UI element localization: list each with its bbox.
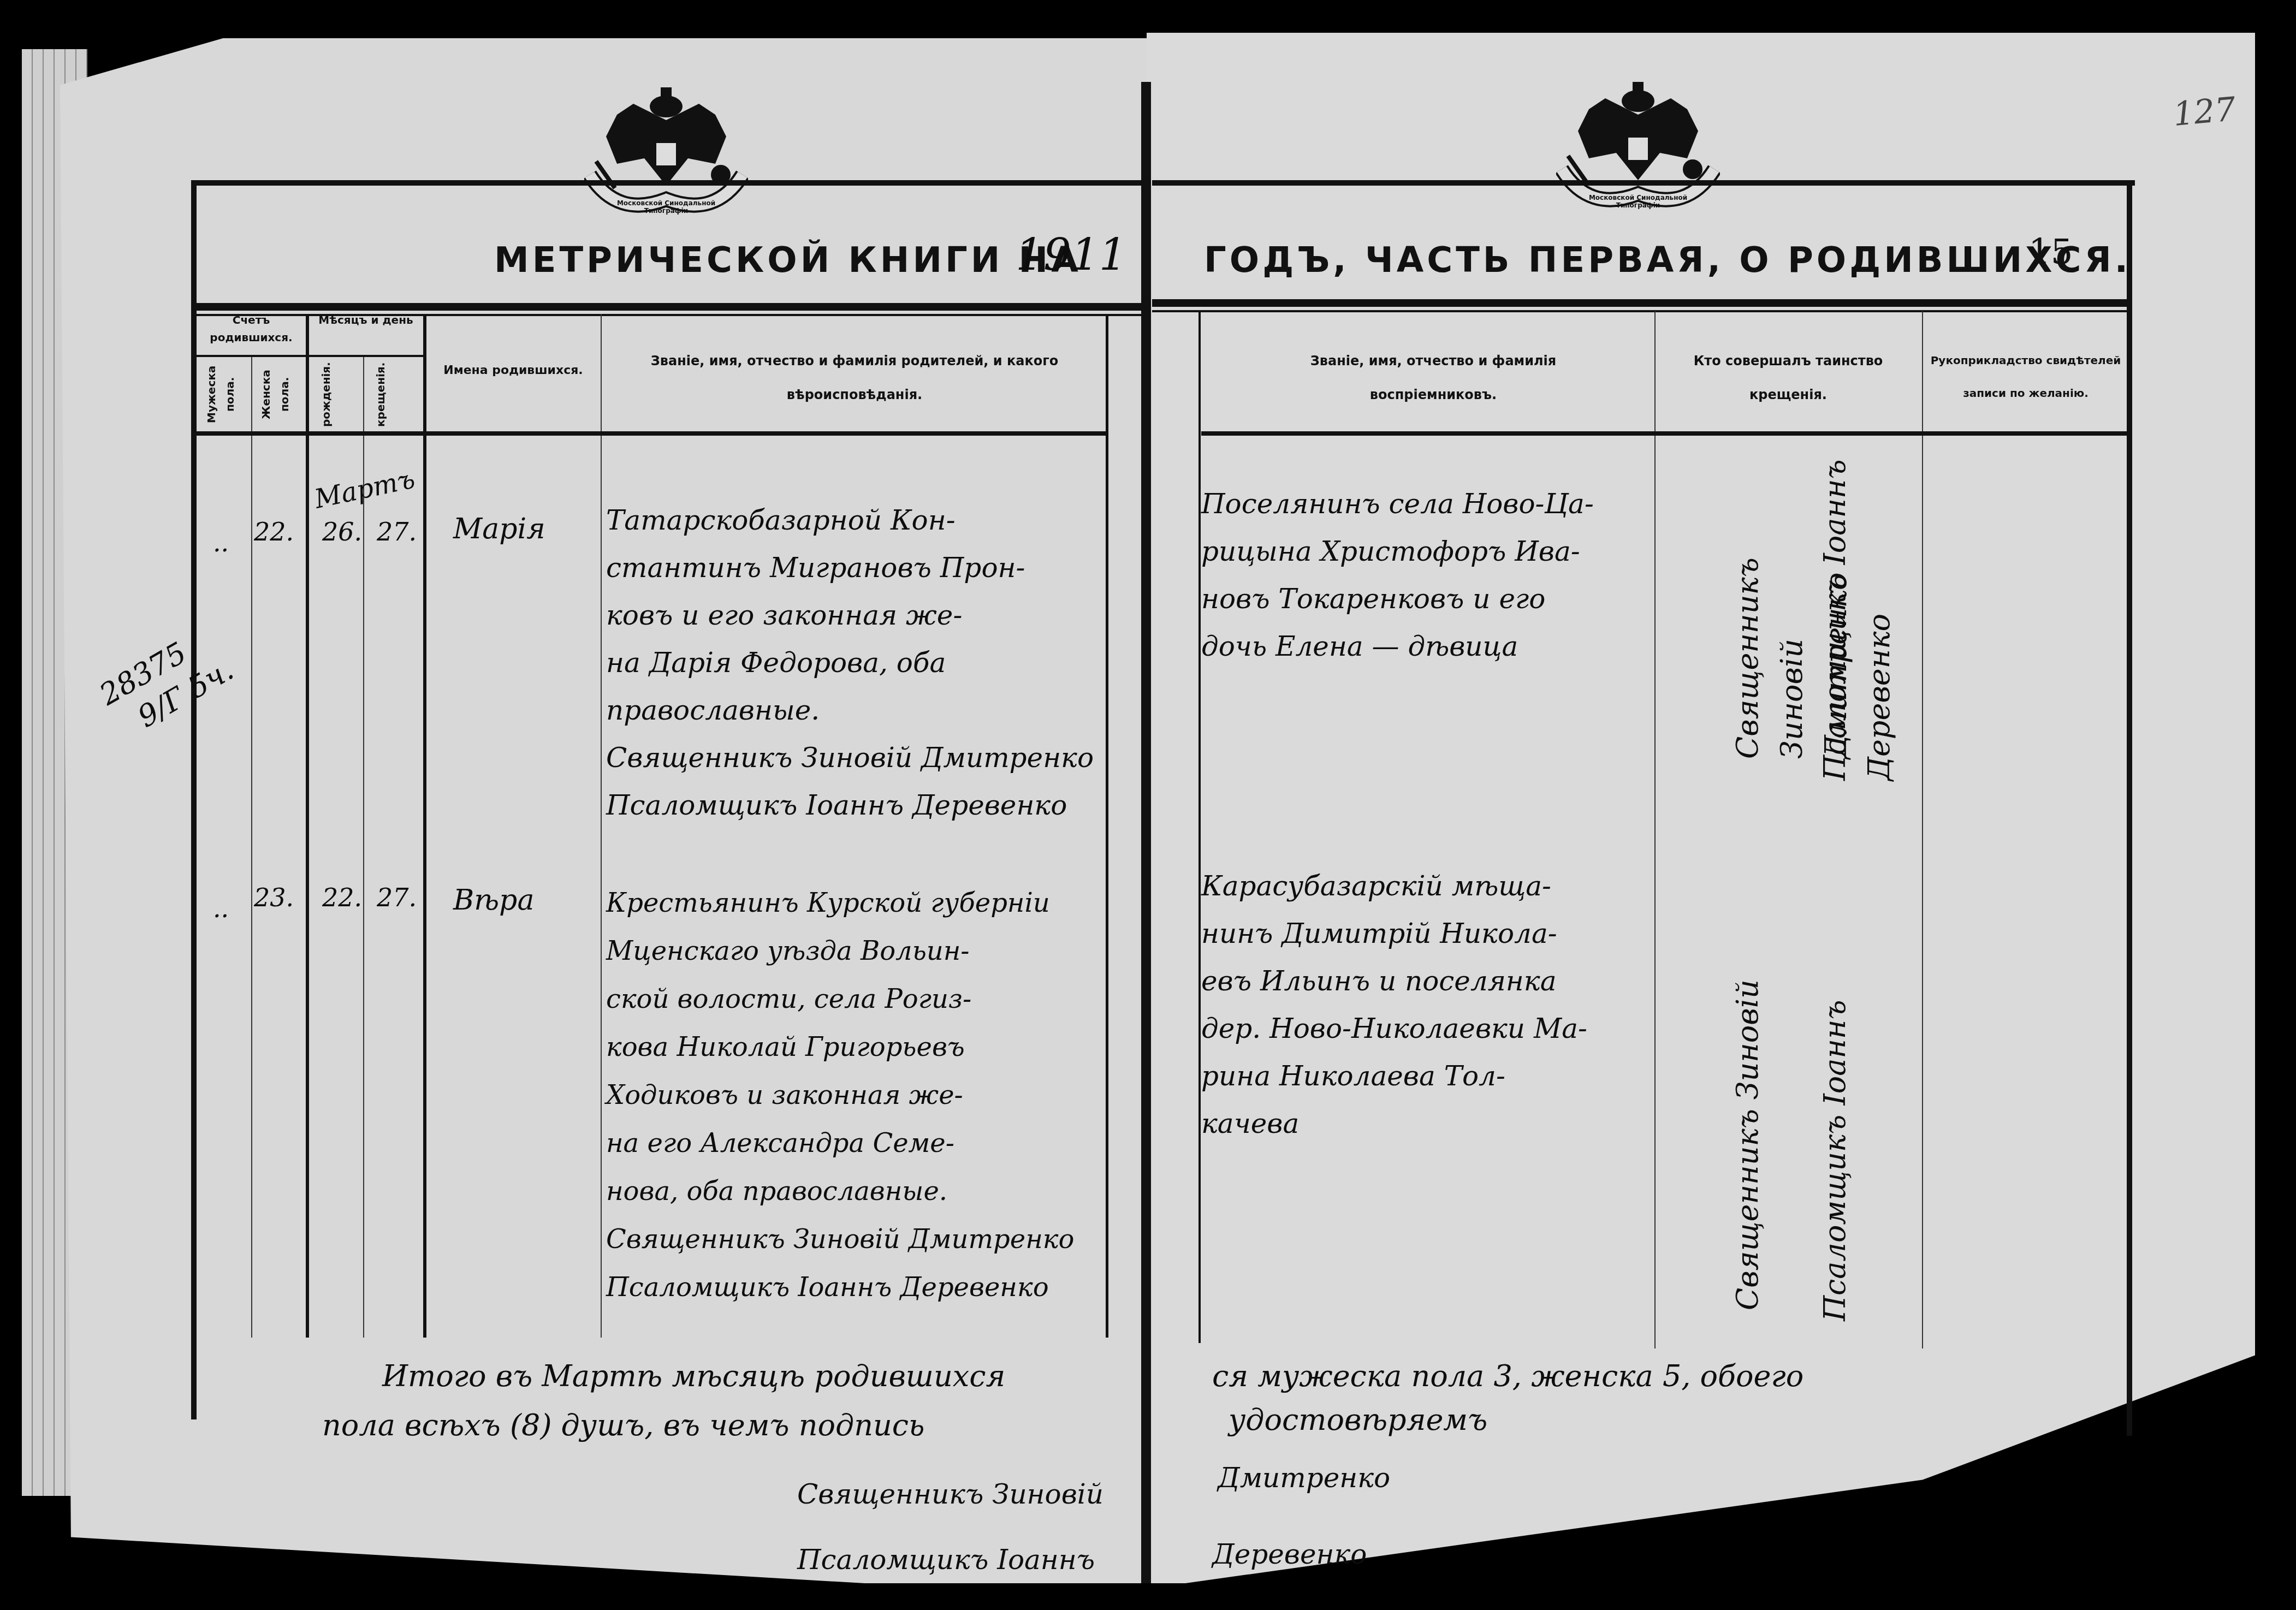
header-rule-left	[197, 303, 1141, 311]
godparents-line: рицына Христофоръ Ива-	[1201, 528, 1654, 575]
count-group-rule	[197, 355, 306, 357]
book-spine	[1141, 82, 1151, 1600]
parents-line: Крестьянинъ Курской губерніи	[606, 879, 1097, 927]
parents-line: Татарскобазарной Кон-	[606, 497, 1097, 544]
header-count-group: Счетъ родившихся.	[198, 311, 305, 346]
godparents-line: качева	[1201, 1100, 1654, 1148]
header-rule-right-thin	[1152, 310, 2127, 312]
imperial-eagle-emblem-right: Московской Синодальной Типографіи	[1556, 76, 1720, 213]
double-headed-eagle-icon	[1556, 76, 1720, 213]
signature-line: Священникъ Зиновій Дмитренко	[606, 734, 1097, 782]
record-1-female: 22.	[254, 513, 294, 551]
header-witnesses: Рукоприкладство свидѣтелей записи по жел…	[1927, 344, 2124, 409]
totals-sign-2-left: Псаломщикъ Іоаннъ	[797, 1540, 1095, 1581]
godparents-line: дер. Ново-Николаевки Ма-	[1201, 1005, 1654, 1053]
totals-line-2-left: пола всѣхъ (8) душъ, въ чемъ подпись	[322, 1403, 924, 1447]
top-border-left	[191, 180, 1141, 186]
record-1-birth-day: 26.	[322, 513, 362, 551]
record-2-baptism-day: 27.	[377, 879, 417, 917]
totals-line-1-left: Итого въ Мартѣ мѣсяцѣ родившихся	[382, 1354, 1005, 1398]
record-1-parents: Татарскобазарной Кон- стантинъ Миграновъ…	[606, 497, 1097, 829]
header-bottom-left	[197, 431, 1106, 436]
signature-line: Псаломщикъ Іоаннъ Деревенко	[606, 1263, 1097, 1311]
header-female: Женска пола.	[257, 360, 300, 429]
folio-number: 127	[2172, 90, 2237, 134]
parents-line: стантинъ Миграновъ Прон-	[606, 544, 1097, 592]
record-2-godparents: Карасубазарскій мѣща- нинъ Димитрій Нико…	[1201, 863, 1654, 1148]
emblem-ribbon-text: Московской Синодальной Типографіи	[1567, 194, 1709, 209]
godparents-line: нинъ Димитрій Никола-	[1201, 910, 1654, 958]
header-priest: Кто совершалъ таинство крещенія.	[1660, 344, 1917, 412]
godparents-line: дочь Елена — дѣвица	[1201, 623, 1654, 670]
col-line-count	[306, 314, 309, 1338]
signature-line: Священникъ Зиновій Дмитренко	[606, 1215, 1097, 1263]
header-birth: рожденія.	[317, 360, 358, 429]
year-handwritten: 1911	[1016, 229, 1127, 280]
header-month-day: Мѣсяцъ и день	[311, 311, 420, 329]
parents-line: кова Николай Григорьевъ	[606, 1023, 1097, 1071]
parents-line: на Дарія Федорова, оба	[606, 639, 1097, 687]
double-headed-eagle-icon	[584, 82, 748, 218]
parents-line: нова, оба православные.	[606, 1167, 1097, 1215]
header-male: Мужеска пола.	[202, 360, 246, 429]
header-parents: Званіе, имя, отчество и фамилія родителе…	[606, 344, 1103, 412]
parents-line: православные.	[606, 687, 1097, 734]
header-godparents: Званіе, имя, отчество и фамилія воспріем…	[1256, 344, 1611, 412]
col-line-date	[423, 314, 426, 1338]
record-2-priest-2: Псаломщикъ Іоаннъ	[1813, 819, 1857, 1321]
record-2-male: ..	[213, 890, 229, 928]
col-line-witnesses	[1922, 311, 1923, 1348]
record-1-baptism-day: 27.	[377, 513, 417, 551]
totals-sign-1-right: Дмитренко	[1218, 1458, 1390, 1499]
record-2-female: 23.	[254, 879, 294, 917]
col-line-names	[601, 314, 602, 1338]
record-1-godparents: Поселянинъ села Ново-Ца- рицына Христофо…	[1201, 480, 1654, 670]
header-rule-right	[1152, 299, 2127, 307]
record-1-male: ..	[213, 524, 229, 562]
signature-line: Псаломщикъ Іоаннъ Деревенко	[606, 782, 1097, 829]
header-names: Имена родившихся.	[429, 360, 598, 381]
bottom-shadow	[0, 1583, 2296, 1610]
totals-sign-1-left: Священникъ Зиновій	[797, 1474, 1103, 1515]
godparents-line: Поселянинъ села Ново-Ца-	[1201, 480, 1654, 528]
godparents-line: Карасубазарскій мѣща-	[1201, 863, 1654, 910]
godparents-line: рина Николаева Тол-	[1201, 1053, 1654, 1100]
parents-line: на его Александра Семе-	[606, 1119, 1097, 1167]
col-line-parents-end	[1106, 314, 1108, 1338]
date-group-rule	[309, 355, 424, 357]
right-outer-border	[2127, 180, 2132, 1436]
record-2-name: Вѣра	[453, 879, 534, 922]
record-2-priest-1: Священникъ Зиновій	[1725, 841, 1770, 1310]
top-border-right	[1152, 180, 2135, 186]
col-line-priest	[1654, 311, 1656, 1348]
parents-line: ской волости, села Рогиз-	[606, 975, 1097, 1023]
header-bottom-right	[1201, 431, 2127, 436]
imperial-eagle-emblem-left: Московской Синодальной Типографіи	[584, 82, 748, 218]
totals-sign-2-right: Деревенко	[1212, 1534, 1367, 1575]
parents-line: Мценскаго уѣзда Вольин-	[606, 927, 1097, 975]
record-2-birth-day: 22.	[322, 879, 362, 917]
col-line-godparents-start	[1199, 311, 1201, 1343]
page-number: 15	[2028, 232, 2073, 272]
totals-line-2-right: удостовѣряемъ	[1229, 1398, 1487, 1442]
totals-line-1-right: ся мужеска пола 3, женска 5, обоего	[1212, 1354, 1803, 1398]
record-2-parents: Крестьянинъ Курской губерніи Мценскаго у…	[606, 879, 1097, 1311]
parents-line: ковъ и его законная же-	[606, 592, 1097, 639]
parents-line: Ходиковъ и законная же-	[606, 1071, 1097, 1119]
godparents-line: евъ Ильинъ и поселянка	[1201, 958, 1654, 1005]
title-right: ГОДЪ, ЧАСТЬ ПЕРВАЯ, О РОДИВШИХСЯ.	[1204, 240, 2131, 281]
title-left: МЕТРИЧЕСКОЙ КНИГИ НА	[494, 240, 1082, 281]
record-1-priest-2: Псаломщикъ Іоаннъ Деревенко	[1813, 453, 1901, 781]
left-outer-border	[191, 180, 197, 1419]
godparents-line: новъ Токаренковъ и его	[1201, 575, 1654, 623]
col-line-male-female	[251, 355, 252, 1338]
emblem-ribbon-text: Московской Синодальной Типографіи	[595, 199, 737, 215]
record-1-name: Марія	[453, 508, 545, 550]
header-baptism: крещенія.	[371, 360, 418, 429]
